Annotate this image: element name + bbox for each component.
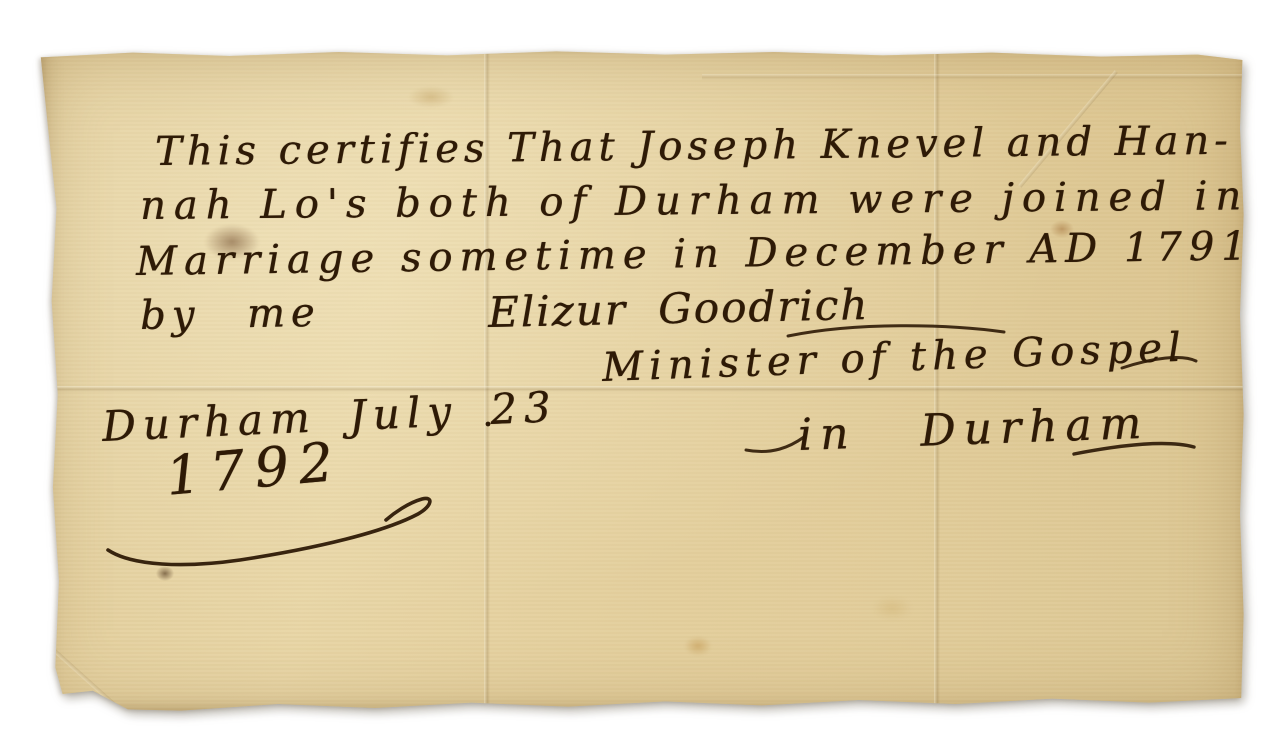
paper-stain-faint <box>872 596 912 620</box>
fold-crease-horizontal-top <box>702 74 1247 80</box>
fold-crease-corner <box>51 647 121 710</box>
flourish-under-1792 <box>108 498 430 564</box>
signature-place-in-durham: in Durham <box>797 402 1150 458</box>
certificate-line-3: Marriage sometime in December AD 1791 <box>136 226 1254 282</box>
certificate-paper-wrap: This certifies That Joseph Knevel and Ha… <box>36 48 1246 714</box>
paper-stain <box>408 86 454 108</box>
certificate-by-me: by me <box>140 293 321 336</box>
signature-elizur-goodrich: Elizur Goodrich <box>488 284 870 334</box>
ink-speck <box>156 566 174 581</box>
flourish-before-durham <box>746 437 804 452</box>
certificate-paper: This certifies That Joseph Knevel and Ha… <box>36 48 1246 714</box>
dateline-year-1792: 1792 <box>164 435 345 504</box>
certificate-line-2: nah Lo's both of Durham were joined in <box>140 176 1249 226</box>
scan-background: This certifies That Joseph Knevel and Ha… <box>0 0 1288 747</box>
foxing-spot <box>684 636 712 656</box>
certificate-line-1: This certifies That Joseph Knevel and Ha… <box>155 121 1233 172</box>
signature-title-minister: Minister of the Gospel <box>601 328 1187 388</box>
